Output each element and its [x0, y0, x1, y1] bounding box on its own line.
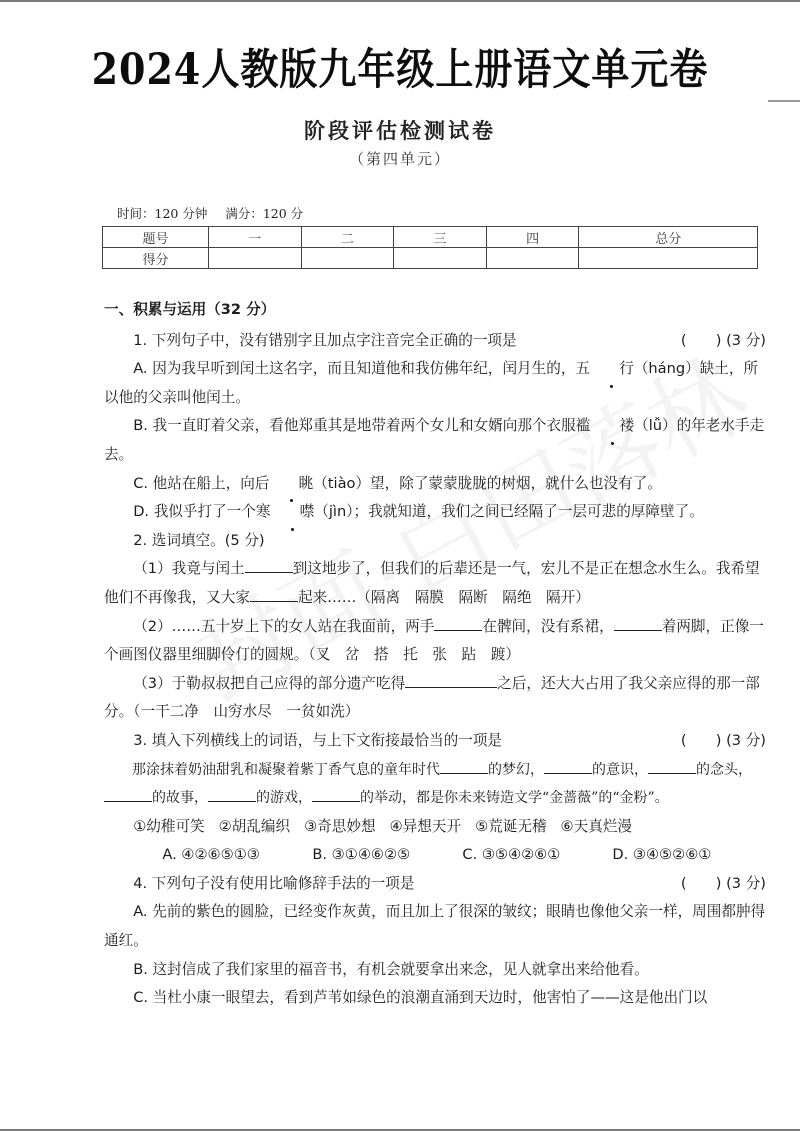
score-cell[interactable] [486, 248, 579, 269]
option-b[interactable]: B. ③①④⑥②⑤ [283, 841, 433, 870]
dotted-char: 行 [590, 355, 634, 384]
fill-blank[interactable] [104, 785, 152, 802]
score-table-header-row: 题号 一 二 三 四 总分 [103, 227, 758, 248]
question-2-item-3: （3）于勒叔叔把自己应得的部分遗产吃得之后，还大大占用了我父亲应得的那一部分。（… [104, 670, 766, 727]
question-1-stem: 1. 下列句子中，没有错别字且加点字注音完全正确的一项是 ( ) (3 分) [104, 327, 766, 356]
score-cell[interactable] [209, 248, 302, 269]
question-1-option-b[interactable]: B. 我一直盯着父亲，看他郑重其是地带着两个女儿和女婿向那个衣服褴褛（lǚ）的年… [104, 412, 766, 469]
points-label: (3 分) [726, 332, 766, 349]
fill-blank[interactable] [648, 757, 696, 774]
question-2-item-2: （2）……五十岁上下的女人站在我面前，两手在髀间，没有系裙，着两脚，正像一个画图… [104, 613, 766, 670]
question-4-option-a[interactable]: A. 先前的紫色的圆脸，已经变作灰黄，而且加上了很深的皱纹；眼睛也像他父亲一样，… [104, 898, 766, 955]
score-header-cell: 三 [394, 227, 487, 248]
answer-slot[interactable]: ( ) [681, 732, 722, 749]
option-d[interactable]: D. ③④⑤②⑥① [583, 841, 733, 870]
option-a[interactable]: A. ④②⑥⑤①③ [133, 841, 283, 870]
score-table-score-row: 得分 [103, 248, 758, 269]
fill-blank[interactable] [405, 671, 497, 688]
section-heading: 一、积累与运用（32 分） [104, 296, 766, 325]
question-4-stem: 4. 下列句子没有使用比喻修辞手法的一项是 ( ) (3 分) [104, 870, 766, 899]
question-1-option-a[interactable]: A. 因为我早听到闰土这名字，而且知道他和我仿佛年纪，闰月生的，五行（háng）… [104, 355, 766, 412]
question-4-option-c[interactable]: C. 当杜小康一眼望去，看到芦苇如绿色的浪潮直涌到天边时，他害怕了——这是他出门… [104, 984, 766, 1013]
fill-blank[interactable] [440, 757, 488, 774]
question-3-passage: 那涂抹着奶油甜乳和凝聚着紫丁香气息的童年时代的梦幻，的意识，的念头，的故事，的游… [104, 756, 766, 813]
dotted-char: 褛 [590, 412, 634, 441]
question-text: 1. 下列句子中，没有错别字且加点字注音完全正确的一项是 [133, 327, 516, 356]
time-limit: 时间：120 分钟 [117, 206, 207, 221]
score-cell[interactable] [579, 248, 758, 269]
score-header-cell: 一 [209, 227, 302, 248]
points-label: (3 分) [726, 875, 766, 892]
fill-blank[interactable] [434, 614, 482, 631]
full-score: 满分：120 分 [225, 206, 303, 221]
answer-slot[interactable]: ( ) [681, 875, 722, 892]
scan-mark [768, 100, 800, 102]
score-header-cell: 题号 [103, 227, 209, 248]
question-2-stem: 2. 选词填空。(5 分) [104, 527, 766, 556]
fill-blank[interactable] [250, 585, 298, 602]
score-header-cell: 四 [486, 227, 579, 248]
score-cell[interactable] [301, 248, 394, 269]
option-c[interactable]: C. ③⑤④②⑥① [433, 841, 583, 870]
answer-slot[interactable]: ( ) [681, 332, 722, 349]
score-header-cell: 总分 [579, 227, 758, 248]
exam-title: 阶段评估检测试卷 [0, 115, 800, 145]
dotted-char: 噤 [270, 498, 314, 527]
dotted-char: 眺 [269, 470, 313, 499]
fill-blank[interactable] [312, 785, 360, 802]
score-header-cell: 二 [301, 227, 394, 248]
question-1-option-c[interactable]: C. 他站在船上，向后眺（tiào）望，除了蒙蒙胧胧的树烟，就什么也没有了。 [104, 470, 766, 499]
question-3-choices: ①幼稚可笑②胡乱编织③奇思妙想④异想天开⑤荒诞无稽⑥天真烂漫 [104, 813, 766, 842]
question-text: 3. 填入下列横线上的词语，与上下文衔接最恰当的一项是 [133, 727, 502, 756]
question-3-options: A. ④②⑥⑤①③B. ③①④⑥②⑤C. ③⑤④②⑥①D. ③④⑤②⑥① [104, 841, 766, 870]
score-row-label: 得分 [103, 248, 209, 269]
fill-blank[interactable] [208, 785, 256, 802]
fill-blank[interactable] [614, 614, 662, 631]
question-3-stem: 3. 填入下列横线上的词语，与上下文衔接最恰当的一项是 ( ) (3 分) [104, 727, 766, 756]
question-text: 4. 下列句子没有使用比喻修辞手法的一项是 [133, 870, 414, 899]
fill-blank[interactable] [245, 556, 293, 573]
question-2-item-1: （1）我竟与闰土到这地步了，但我们的后辈还是一气，宏儿不是正在想念水生么。我希望… [104, 555, 766, 612]
fill-blank[interactable] [544, 757, 592, 774]
question-1-option-d[interactable]: D. 我似乎打了一个寒噤（jìn）；我就知道，我们之间已经隔了一层可悲的厚障壁了… [104, 498, 766, 527]
points-label: (3 分) [726, 732, 766, 749]
score-cell[interactable] [394, 248, 487, 269]
main-title: 2024人教版九年级上册语文单元卷 [0, 35, 800, 97]
exam-content: 一、积累与运用（32 分） 1. 下列句子中，没有错别字且加点字注音完全正确的一… [104, 296, 766, 1013]
score-table: 题号 一 二 三 四 总分 得分 [102, 226, 758, 269]
unit-label: （第四单元） [0, 148, 800, 169]
exam-meta: 时间：120 分钟 满分：120 分 [117, 204, 303, 222]
top-border [0, 0, 800, 2]
question-4-option-b[interactable]: B. 这封信成了我们家里的福音书，有机会就要拿出来念，见人就拿出来给他看。 [104, 956, 766, 985]
